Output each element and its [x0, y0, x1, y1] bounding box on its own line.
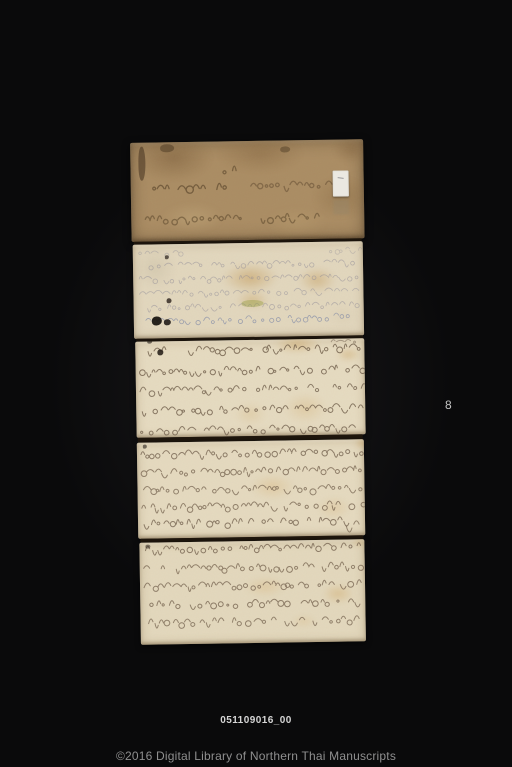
ink-blot — [280, 146, 290, 152]
handwritten-script-lines — [139, 539, 366, 645]
ink-blot — [138, 147, 146, 181]
inventory-sticker — [333, 170, 349, 196]
manuscript-photo — [130, 139, 372, 645]
cover-script-writing — [130, 139, 365, 242]
ink-blot — [143, 445, 147, 449]
copyright-notice: ©2016 Digital Library of Northern Thai M… — [0, 749, 512, 763]
paper-stain — [241, 468, 304, 505]
paper-stain — [200, 139, 321, 182]
paper-stain — [291, 262, 344, 299]
sticker-pencil-mark — [337, 177, 343, 179]
paper-stain — [130, 139, 229, 191]
ink-blot — [242, 300, 264, 307]
ink-blot — [165, 255, 169, 259]
ink-blot — [152, 316, 162, 325]
image-id-caption: 051109016_00 — [0, 715, 512, 726]
ink-blot — [145, 545, 150, 549]
ink-blot — [160, 144, 174, 152]
paper-stain — [324, 301, 364, 332]
ink-blot — [157, 349, 163, 355]
sticker-residue — [333, 199, 349, 214]
paper-stain — [211, 256, 290, 299]
paper-stain — [133, 241, 186, 299]
paper-stain — [326, 139, 365, 170]
paper-stain — [228, 398, 272, 431]
page-panel-2 — [135, 338, 365, 438]
handwritten-script-lines — [133, 241, 364, 339]
page-panel-4 — [139, 539, 366, 645]
paper-stain — [331, 344, 365, 365]
paper-stain — [276, 387, 335, 430]
handwritten-script-lines — [137, 439, 365, 539]
paper-stain — [351, 439, 366, 451]
handwritten-script-lines — [135, 338, 365, 438]
photo-stage: 8 051109016_00 ©2016 Digital Library of … — [0, 0, 512, 767]
page-number-label: 8 — [445, 398, 452, 412]
page-panel-1 — [133, 241, 364, 339]
page-panel-3 — [137, 439, 365, 539]
paper-stain — [349, 539, 366, 549]
paper-stain — [286, 612, 320, 631]
paper-stain — [147, 195, 238, 240]
cover-panel — [130, 139, 365, 242]
ink-blot — [167, 298, 172, 303]
paper-stain — [265, 338, 329, 358]
ink-blot — [164, 319, 171, 325]
paper-stain — [316, 579, 360, 608]
paper-stain — [310, 491, 358, 524]
paper-stain — [236, 572, 294, 601]
paper-stain — [229, 287, 275, 314]
paper-stain — [251, 200, 342, 242]
